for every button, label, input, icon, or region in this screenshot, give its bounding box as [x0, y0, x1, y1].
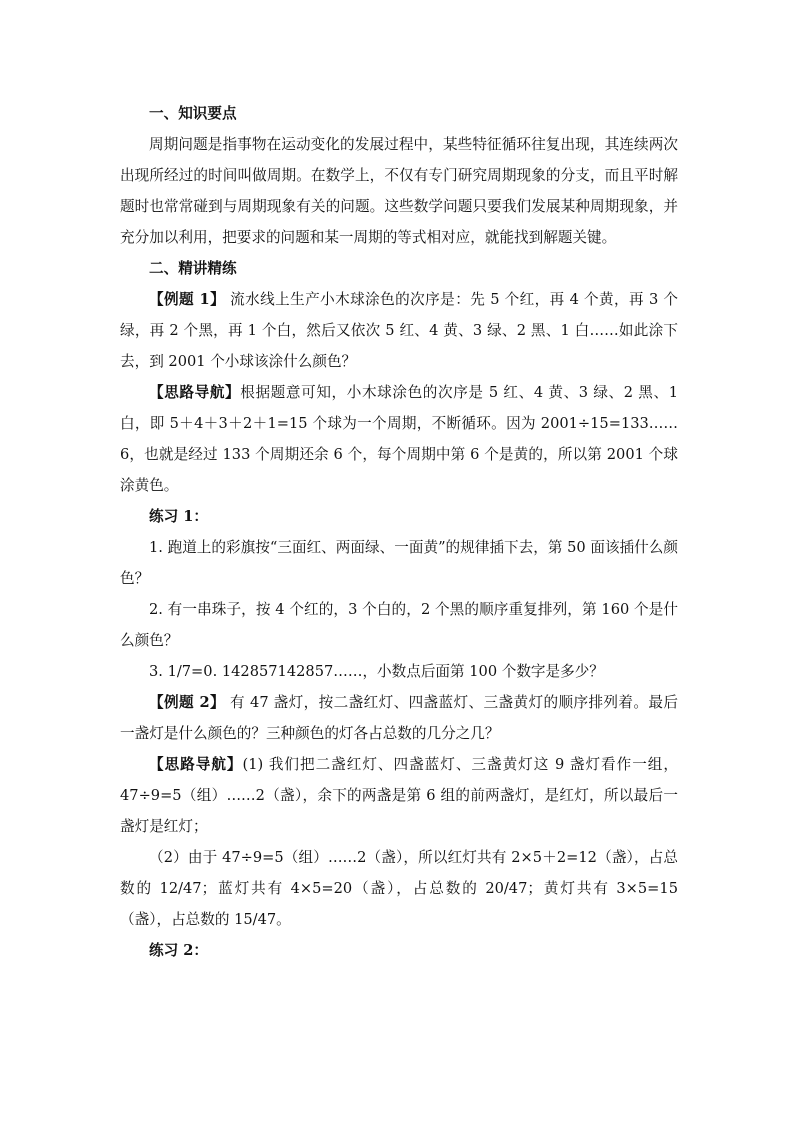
- practice-1-heading: 练习 1：: [120, 501, 678, 532]
- solution-1-label: 【思路导航】: [149, 384, 240, 401]
- practice-1-item-3: 3. 1/7=0. 142857142857……，小数点后面第 100 个数字是…: [120, 656, 678, 687]
- practice-1-item-1: 1. 跑道上的彩旗按“三面红、两面绿、一面黄”的规律插下去，第 50 面该插什么…: [120, 532, 678, 594]
- solution-1: 【思路导航】根据题意可知，小木球涂色的次序是 5 红、4 黄、3 绿、2 黑、1…: [120, 377, 678, 501]
- example-1-label: 【例题 1】: [149, 291, 225, 308]
- practice-1-item-2: 2. 有一串珠子，按 4 个红的，3 个白的，2 个黑的顺序重复排列，第 160…: [120, 594, 678, 656]
- practice-2-heading: 练习 2：: [120, 935, 678, 966]
- section-heading-knowledge-points: 一、知识要点: [120, 98, 678, 129]
- example-1: 【例题 1】 流水线上生产小木球涂色的次序是：先 5 个红，再 4 个黄，再 3…: [120, 284, 678, 377]
- example-2-label: 【例题 2】: [149, 694, 225, 711]
- knowledge-paragraph: 周期问题是指事物在运动变化的发展过程中，某些特征循环往复出现，其连续两次出现所经…: [120, 129, 678, 253]
- solution-2: 【思路导航】(1) 我们把二盏红灯、四盏蓝灯、三盏黄灯这 9 盏灯看作一组，47…: [120, 749, 678, 842]
- example-2: 【例题 2】 有 47 盏灯，按二盏红灯、四盏蓝灯、三盏黄灯的顺序排列着。最后一…: [120, 687, 678, 749]
- section-heading-practice: 二、精讲精练: [120, 253, 678, 284]
- solution-2-part-2: （2）由于 47÷9=5（组）……2（盏），所以红灯共有 2×5＋2=12（盏）…: [120, 842, 678, 935]
- solution-2-label: 【思路导航】: [149, 756, 243, 773]
- document-page: 一、知识要点 周期问题是指事物在运动变化的发展过程中，某些特征循环往复出现，其连…: [120, 98, 678, 966]
